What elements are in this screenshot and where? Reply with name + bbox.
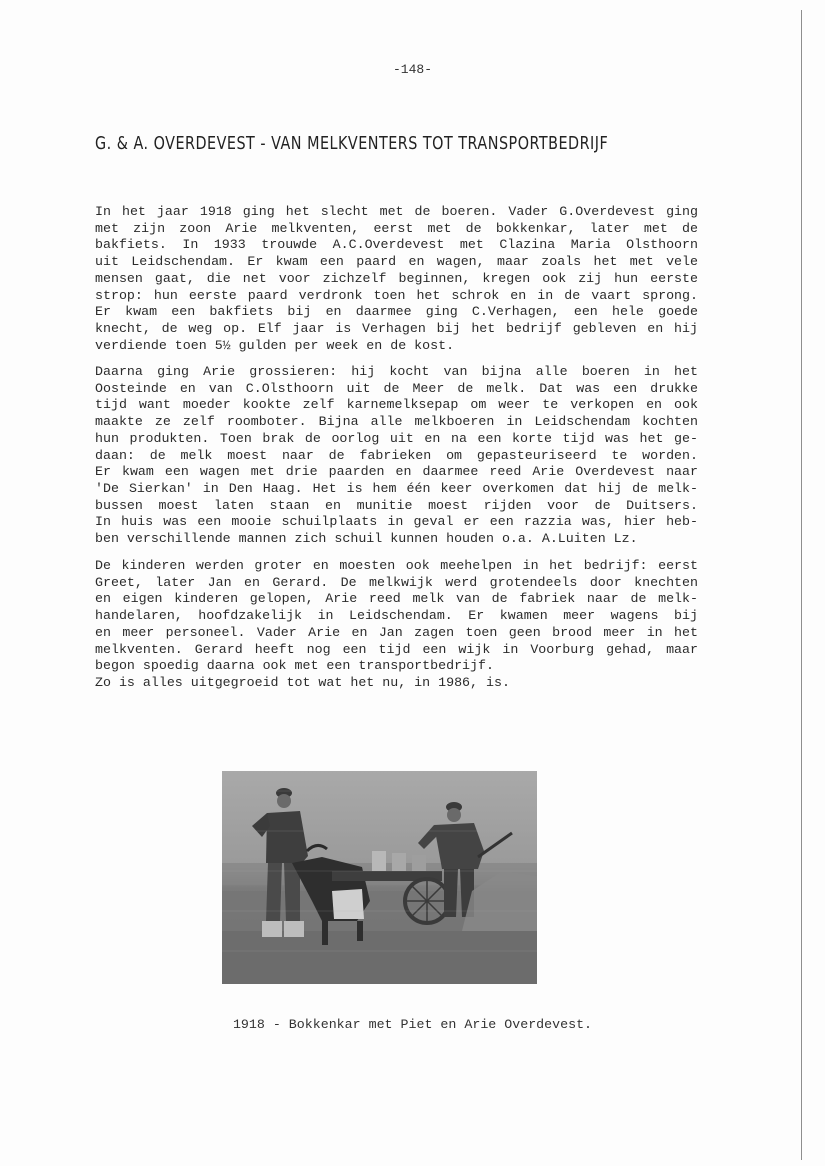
text-line: met zijn zoon Arie melkventen, eerst met…	[95, 221, 698, 238]
text-line: mensen gaat, die net voor zichzelf begin…	[95, 271, 698, 288]
text-line: en meer personeel. Vader Arie en Jan zag…	[95, 625, 698, 642]
text-line: In huis was een mooie schuilplaats in ge…	[95, 514, 698, 531]
text-line: daan: de melk moest naar de fabrieken om…	[95, 448, 698, 465]
text-line: Er kwam een bakfiets bij en daarmee ging…	[95, 304, 698, 321]
paragraph-lines: In het jaar 1918 ging het slecht met de …	[95, 204, 698, 354]
text-line: maakte ze zelf roomboter. Bijna alle mel…	[95, 414, 698, 431]
page-number: -148-	[0, 62, 825, 77]
text-line: knecht, de weg op. Elf jaar is Verhagen …	[95, 321, 698, 338]
historical-photo	[222, 771, 537, 984]
text-line: Er kwam een wagen met drie paarden en da…	[95, 464, 698, 481]
text-line: tijd want moeder kookte zelf karnemelkse…	[95, 397, 698, 414]
photo-caption: 1918 - Bokkenkar met Piet en Arie Overde…	[0, 1017, 825, 1032]
text-line: Oosteinde en van C.Olsthoorn uit de Meer…	[95, 381, 698, 398]
paragraph-3: De kinderen werden groter en moesten ook…	[95, 558, 698, 692]
text-line: 'De Sierkan' in Den Haag. Het is hem één…	[95, 481, 698, 498]
text-line: hun produkten. Toen brak de oorlog uit e…	[95, 431, 698, 448]
text-line: In het jaar 1918 ging het slecht met de …	[95, 204, 698, 221]
text-line: melkventen. Gerard heeft nog een tijd ee…	[95, 642, 698, 659]
paragraph-lines: De kinderen werden groter en moesten ook…	[95, 558, 698, 692]
paragraph-2: Daarna ging Arie grossieren: hij kocht v…	[95, 364, 698, 548]
page-edge-line	[801, 10, 802, 1160]
paragraph-lines: Daarna ging Arie grossieren: hij kocht v…	[95, 364, 698, 548]
text-line: De kinderen werden groter en moesten ook…	[95, 558, 698, 575]
text-line: begon spoedig daarna ook met een transpo…	[95, 658, 698, 675]
text-line: handelaren, hoofdzakelijk in Leidschenda…	[95, 608, 698, 625]
photo-illustration	[222, 771, 537, 984]
text-line: strop: hun eerste paard verdronk toen he…	[95, 288, 698, 305]
text-line: bussen moest laten staan en munitie moes…	[95, 498, 698, 515]
article-title-text: G. & A. OVERDEVEST - VAN MELKVENTERS TOT…	[95, 134, 608, 154]
paragraph-1: In het jaar 1918 ging het slecht met de …	[95, 204, 698, 354]
text-line: Greet, later Jan en Gerard. De melkwijk …	[95, 575, 698, 592]
text-line: uit Leidschendam. Er kwam een paard en w…	[95, 254, 698, 271]
text-line: bakfiets. In 1933 trouwde A.C.Overdevest…	[95, 237, 698, 254]
text-line: verdiende toen 5½ gulden per week en de …	[95, 338, 698, 355]
text-line: ben verschillende mannen zich schuil kun…	[95, 531, 698, 548]
text-line: Zo is alles uitgegroeid tot wat het nu, …	[95, 675, 698, 692]
article-title: G. & A. OVERDEVEST - VAN MELKVENTERS TOT…	[95, 134, 587, 154]
text-line: en eigen kinderen gelopen, Arie reed mel…	[95, 591, 698, 608]
document-page: -148- G. & A. OVERDEVEST - VAN MELKVENTE…	[0, 0, 825, 1166]
text-line: Daarna ging Arie grossieren: hij kocht v…	[95, 364, 698, 381]
